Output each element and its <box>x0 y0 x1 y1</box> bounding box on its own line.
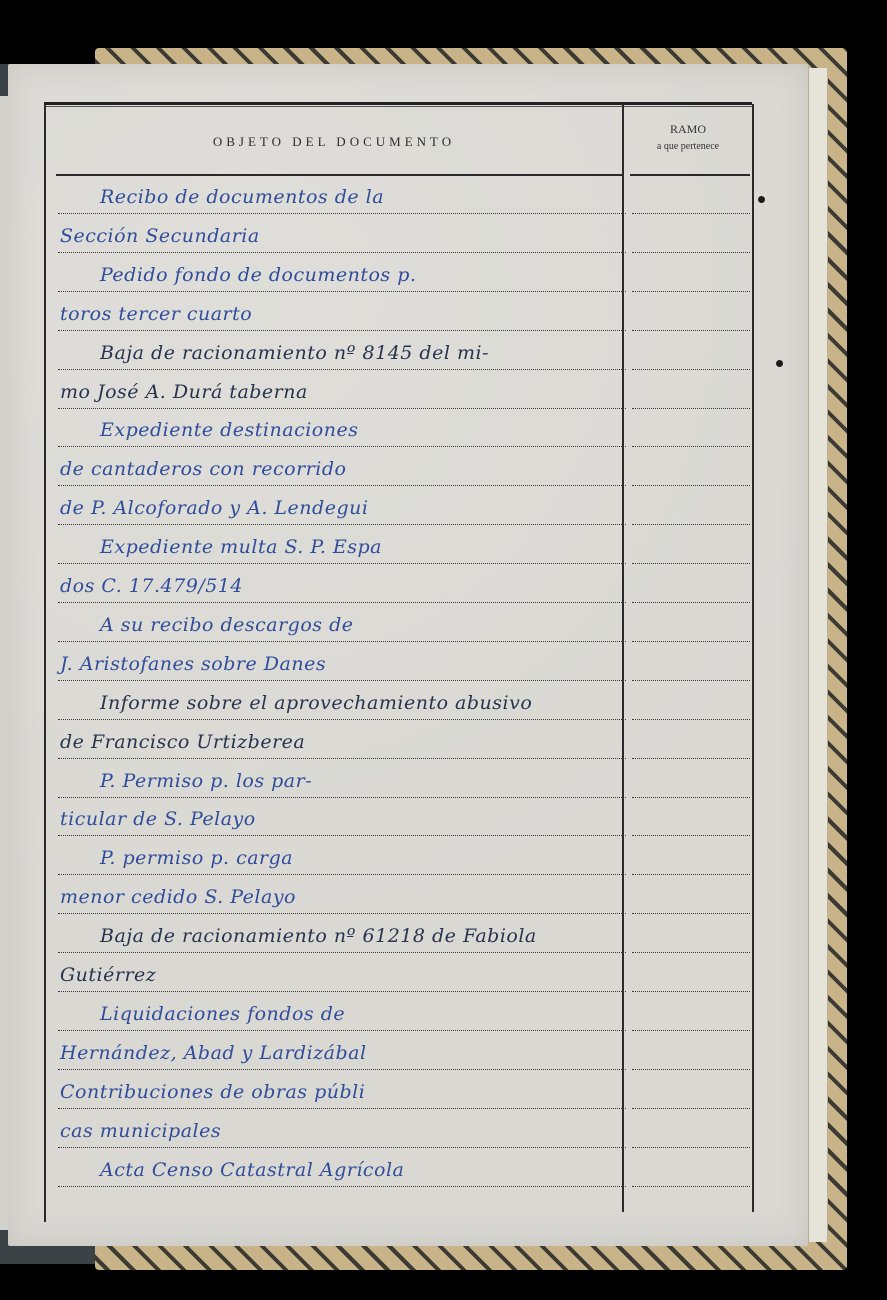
ruled-line <box>58 913 626 914</box>
ruled-line-ramo <box>632 1030 750 1031</box>
ramo-label: RAMO <box>624 120 752 138</box>
ruled-line-ramo <box>632 291 750 292</box>
ledger-entry: Expediente destinaciones <box>60 419 680 441</box>
ruled-line-ramo <box>632 1108 750 1109</box>
ruled-line <box>58 641 626 642</box>
ruled-line <box>58 952 626 953</box>
ink-blot <box>758 196 765 203</box>
ledger-entry: menor cedido S. Pelayo <box>60 886 640 908</box>
ruled-line-ramo <box>632 446 750 447</box>
ledger-entry: Gutiérrez <box>60 964 640 986</box>
ruled-line-ramo <box>632 1147 750 1148</box>
ruled-line <box>58 563 626 564</box>
ruled-line-ramo <box>632 797 750 798</box>
ruled-line <box>58 991 626 992</box>
table-top-border-thin <box>44 106 752 107</box>
ledger-entry: Sección Secundaria <box>60 225 640 247</box>
ledger-entry: Informe sobre el aprovechamiento abusivo <box>60 692 680 714</box>
ruled-line-ramo <box>632 991 750 992</box>
ruled-line <box>58 252 626 253</box>
ruled-line <box>58 291 626 292</box>
ruled-line-ramo <box>632 213 750 214</box>
ruled-line <box>58 408 626 409</box>
ruled-line <box>58 369 626 370</box>
ruled-line-ramo <box>632 408 750 409</box>
ruled-line <box>58 835 626 836</box>
ruled-line-ramo <box>632 330 750 331</box>
ledger-entry: Hernández, Abad y Lardizábal <box>60 1042 640 1064</box>
ledger-entry: Expediente multa S. P. Espa <box>60 536 680 558</box>
ramo-sublabel: a que pertenece <box>624 138 752 156</box>
ruled-line-ramo <box>632 913 750 914</box>
ledger-entry: de cantaderos con recorrido <box>60 458 640 480</box>
ruled-line-ramo <box>632 1069 750 1070</box>
ledger-entry: Liquidaciones fondos de <box>60 1003 680 1025</box>
ledger-entry: toros tercer cuarto <box>60 303 640 325</box>
column-header-objeto: OBJETO DEL DOCUMENTO <box>46 134 622 150</box>
ruled-line <box>58 1108 626 1109</box>
ledger-entry: Acta Censo Catastral Agrícola <box>60 1159 680 1181</box>
ruled-line-ramo <box>632 758 750 759</box>
header-underline-main <box>56 174 622 176</box>
ruled-line <box>58 213 626 214</box>
ledger-entry: Baja de racionamiento nº 61218 de Fabiol… <box>60 925 680 947</box>
ledger-entry: de P. Alcoforado y A. Lendegui <box>60 497 640 519</box>
ruled-line <box>58 330 626 331</box>
ruled-line <box>58 758 626 759</box>
table-left-border <box>44 104 46 1222</box>
ledger-entry: mo José A. Durá taberna <box>60 381 640 403</box>
ruled-line <box>58 680 626 681</box>
ruled-line-ramo <box>632 485 750 486</box>
ledger-entry: Pedido fondo de documentos p. <box>60 264 680 286</box>
ruled-line-ramo <box>632 874 750 875</box>
ruled-line <box>58 446 626 447</box>
ledger-entry: J. Aristofanes sobre Danes <box>60 653 640 675</box>
ruled-line <box>58 1069 626 1070</box>
ruled-line <box>58 1186 626 1187</box>
header-underline-ramo <box>630 174 750 176</box>
ruled-line-ramo <box>632 369 750 370</box>
ruled-line <box>58 874 626 875</box>
ruled-line-ramo <box>632 1186 750 1187</box>
ledger-entry: Recibo de documentos de la <box>60 186 680 208</box>
ruled-line <box>58 719 626 720</box>
ruled-line <box>58 797 626 798</box>
ruled-line-ramo <box>632 563 750 564</box>
ledger-entry: P. permiso p. carga <box>60 847 680 869</box>
table-top-border <box>44 102 752 105</box>
ruled-line-ramo <box>632 524 750 525</box>
column-header-ramo: RAMO a que pertenece <box>624 120 752 156</box>
ruled-line-ramo <box>632 680 750 681</box>
ruled-line <box>58 602 626 603</box>
ledger-entry: A su recibo descargos de <box>60 614 680 636</box>
ledger-entry: P. Permiso p. los par- <box>60 770 680 792</box>
ruled-line-ramo <box>632 602 750 603</box>
ruled-line <box>58 1147 626 1148</box>
ruled-line-ramo <box>632 641 750 642</box>
ledger-entry: Baja de racionamiento nº 8145 del mi- <box>60 342 680 364</box>
ruled-line-ramo <box>632 952 750 953</box>
ink-blot <box>776 360 783 367</box>
ruled-line <box>58 485 626 486</box>
table-right-border <box>752 104 754 1212</box>
page-stack-edge <box>808 68 828 1242</box>
ledger-entry: dos C. 17.479/514 <box>60 575 640 597</box>
ledger-entry: de Francisco Urtizberea <box>60 731 640 753</box>
ruled-line-ramo <box>632 835 750 836</box>
ruled-line <box>58 1030 626 1031</box>
ruled-line-ramo <box>632 719 750 720</box>
ledger-entry: ticular de S. Pelayo <box>60 808 640 830</box>
ledger-entry: cas municipales <box>60 1120 640 1142</box>
ledger-entry: Contribuciones de obras públi <box>60 1081 640 1103</box>
ruled-line <box>58 524 626 525</box>
ruled-line-ramo <box>632 252 750 253</box>
